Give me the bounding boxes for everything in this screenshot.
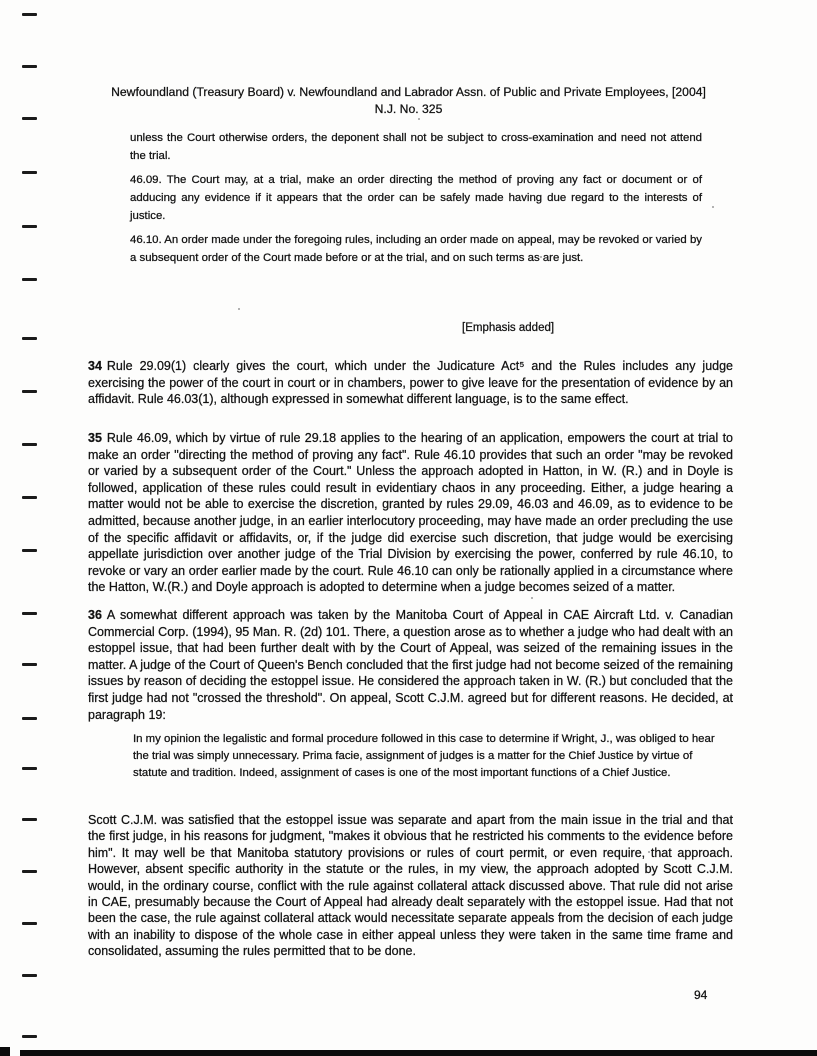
binding-mark [22, 663, 37, 666]
binding-mark [22, 390, 37, 393]
closing-paragraph: Scott C.J.M. was satisfied that the esto… [88, 812, 733, 960]
paragraph-number: 35 [88, 431, 102, 445]
scan-speck [531, 597, 533, 599]
judgment-paragraph-35: 35Rule 46.09, which by virtue of rule 29… [88, 430, 733, 596]
binding-mark [22, 13, 37, 16]
binding-mark [22, 974, 37, 977]
binding-mark [22, 117, 37, 120]
judgment-quote-block: In my opinion the legalistic and formal … [133, 731, 721, 782]
binding-mark [22, 818, 37, 821]
rule-quote-paragraph: unless the Court otherwise orders, the d… [130, 129, 702, 165]
scan-speck [418, 118, 420, 120]
binding-mark [22, 225, 37, 228]
paragraph-number: 34 [88, 359, 102, 373]
binding-mark [22, 443, 37, 446]
paragraph-text: A somewhat different approach was taken … [88, 608, 733, 722]
binding-mark [22, 612, 37, 615]
page-number: 94 [694, 988, 707, 1002]
case-title: Newfoundland (Treasury Board) v. Newfoun… [60, 84, 757, 101]
binding-mark [22, 549, 37, 552]
paragraph-text: Rule 29.09(1) clearly gives the court, w… [88, 359, 733, 406]
paragraph-text: Rule 46.09, which by virtue of rule 29.1… [88, 431, 733, 594]
scanned-document-page: Newfoundland (Treasury Board) v. Newfoun… [0, 0, 817, 1056]
scan-edge-corner [0, 1047, 10, 1056]
rule-quote-block: unless the Court otherwise orders, the d… [130, 129, 702, 273]
scan-speck [238, 308, 240, 310]
scan-edge-band [20, 1050, 817, 1056]
rule-quote-paragraph: 46.10. An order made under the foregoing… [130, 231, 702, 267]
binding-mark [22, 278, 37, 281]
binding-mark [22, 1035, 37, 1038]
binding-mark [22, 767, 37, 770]
binding-mark [22, 496, 37, 499]
binding-mark [22, 337, 37, 340]
judgment-paragraph-36: 36A somewhat different approach was take… [88, 607, 733, 723]
binding-mark [22, 870, 37, 873]
case-citation: N.J. No. 325 [60, 101, 757, 118]
case-header: Newfoundland (Treasury Board) v. Newfoun… [60, 84, 757, 117]
judgment-paragraph-34: 34Rule 29.09(1) clearly gives the court,… [88, 358, 733, 408]
rule-quote-paragraph: 46.09. The Court may, at a trial, make a… [130, 171, 702, 225]
binding-mark [22, 717, 37, 720]
paragraph-number: 36 [88, 608, 102, 622]
emphasis-added-note: [Emphasis added] [462, 322, 554, 334]
binding-mark [22, 922, 37, 925]
binding-mark [22, 65, 37, 68]
scan-speck [712, 206, 714, 208]
binding-mark [22, 171, 37, 174]
